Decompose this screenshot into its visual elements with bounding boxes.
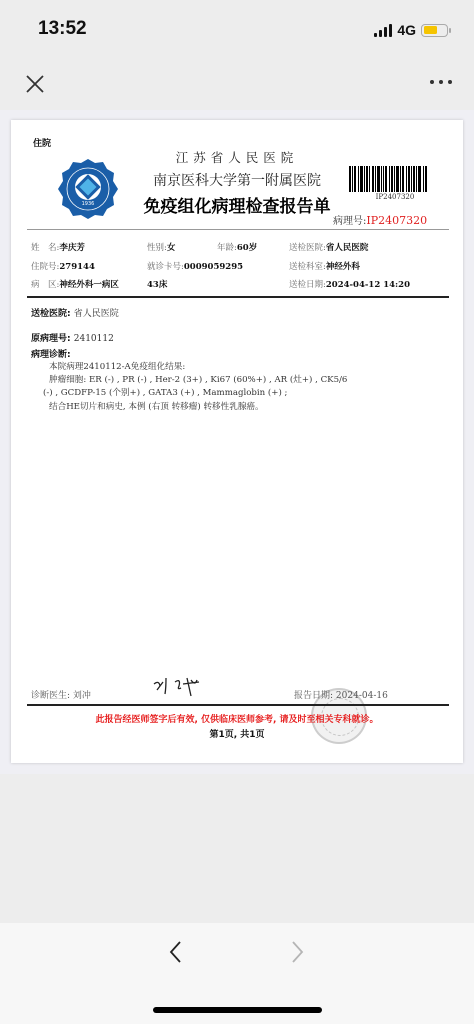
close-icon (24, 73, 46, 95)
status-bar: 13:52 4G (0, 0, 474, 60)
pathology-number-value: IP2407320 (366, 214, 427, 227)
barcode (349, 166, 441, 192)
diagnosis-line: (-) , GCDFP-15 (个别+) , GATA3 (+) , Mamma… (43, 387, 287, 400)
doctor-signature (151, 672, 211, 698)
sending-hospital-section: 送检医院: 省人民医院 (31, 306, 119, 319)
sending-hospital: 送检医院:省人民医院 (289, 241, 368, 253)
status-indicators: 4G (374, 22, 448, 38)
network-type: 4G (397, 22, 416, 38)
barcode-text: IP2407320 (349, 193, 441, 201)
diagnosis-line: 本院病理2410112-A免疫组化结果: (49, 361, 185, 374)
forward-button[interactable] (287, 940, 307, 964)
hospital-logo-icon: 1936 (57, 158, 119, 220)
home-indicator (153, 1007, 322, 1013)
ward: 病 区:神经外科一病区 (31, 278, 119, 290)
battery-icon (421, 24, 448, 37)
chevron-left-icon (167, 940, 187, 964)
signal-icon (374, 24, 392, 37)
patient-name: 姓 名:李庆芳 (31, 241, 85, 253)
page-indicator: 第1页, 共1页 (11, 727, 463, 740)
card-number: 就诊卡号:0009059295 (147, 260, 243, 272)
nav-bar (0, 60, 474, 110)
back-button[interactable] (167, 940, 187, 964)
patient-age: 年龄:60岁 (217, 241, 257, 253)
divider (27, 229, 449, 230)
report-page: 住院 江苏省人民医院 南京医科大学第一附属医院 免疫组化病理检查报告单 1936… (11, 120, 463, 763)
report-date: 报告日期: 2024-04-16 (294, 688, 388, 701)
more-icon (430, 80, 434, 84)
inpatient-number: 住院号:279144 (31, 260, 95, 272)
diagnosis-label: 病理诊断: (31, 347, 71, 360)
more-button[interactable] (430, 80, 452, 84)
divider (27, 296, 449, 298)
svg-text:1936: 1936 (82, 201, 95, 207)
sending-date: 送检日期:2024-04-12 14:20 (289, 278, 410, 290)
status-time: 13:52 (38, 18, 87, 40)
patient-gender: 性别:女 (147, 241, 175, 253)
original-pathology-number: 原病理号: 2410112 (31, 331, 114, 344)
pathology-number-label: 病理号: (333, 216, 366, 227)
doctor: 诊断医生: 刘冲 (31, 688, 91, 701)
pathology-number: 病理号:IP2407320 (333, 212, 427, 227)
validity-warning: 此报告经医师签字后有效, 仅供临床医师参考, 请及时至相关专科就诊。 (11, 712, 463, 725)
diagnosis-line: 肿瘤细胞: ER (-) , PR (-) , Her-2 (3+) , Ki6… (49, 374, 347, 387)
divider (27, 704, 449, 706)
close-button[interactable] (24, 73, 46, 95)
bottom-toolbar (0, 923, 474, 1024)
bed-number: 43床 (147, 278, 167, 290)
chevron-right-icon (287, 940, 307, 964)
document-viewer[interactable]: 住院 江苏省人民医院 南京医科大学第一附属医院 免疫组化病理检查报告单 1936… (0, 110, 474, 774)
diagnosis-line: 结合HE切片和病史, 本例 (右顶 转移瘤) 转移性乳腺癌。 (49, 401, 264, 414)
sending-department: 送检科室:神经外科 (289, 260, 360, 272)
